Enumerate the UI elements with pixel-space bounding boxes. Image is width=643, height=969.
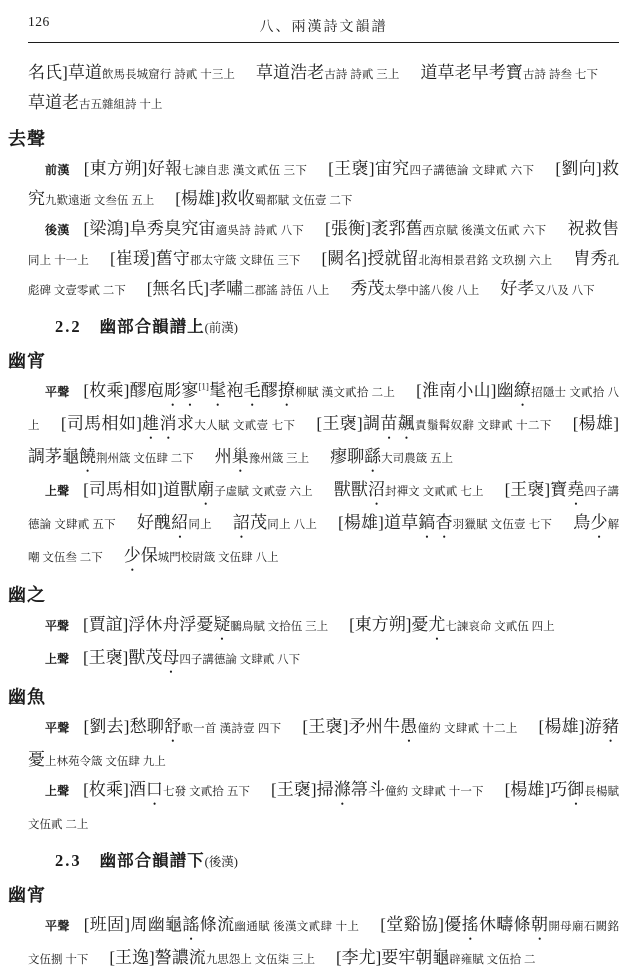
source-citation: 封禪文 文貳貳 七上 bbox=[385, 486, 484, 498]
rhyme-word-run-dotted: 謷譨 bbox=[155, 948, 189, 967]
rhyme-word-run: [司馬相如]道獸 bbox=[83, 480, 197, 499]
heading-number: 2.3 bbox=[55, 851, 82, 870]
source-citation: 適吳詩 詩貳 八下 bbox=[216, 225, 304, 237]
rhyme-word-run: 祝救售 bbox=[567, 219, 619, 238]
source-citation: 幽通賦 後漢文貳肆 十上 bbox=[234, 921, 359, 933]
source-citation: 歌一首 漢詩壹 四下 bbox=[181, 723, 281, 735]
source-citation: 九思怨上 文伍柒 三上 bbox=[206, 954, 315, 966]
entry-paragraph: 名氏]草道飲馬長城窟行 詩貳 十三上草道浩老古詩 詩貳 三上道草老早考寶古詩 詩… bbox=[28, 59, 619, 119]
rhyme-word-run: [梁鴻]阜秀臭究宙 bbox=[83, 219, 215, 238]
source-citation: 七諫自悲 漢文貳伍 三下 bbox=[182, 165, 307, 177]
source-citation: 大人賦 文貳壹 七下 bbox=[194, 420, 295, 432]
source-citation: 責鬚髯奴辭 文肆貳 十二下 bbox=[415, 420, 552, 432]
source-citation: 二郡謠 詩伍 八上 bbox=[243, 285, 329, 297]
entry-paragraph: 平聲[枚乘]醪庖彫寥[1]髦袍毛醪撩柳賦 漢文貳拾 二上[淮南小山]幽繚招隱士 … bbox=[28, 377, 619, 476]
rhyme-word-run-dotted: 饒 bbox=[79, 447, 96, 466]
rhyme-word-run: 瘳聊 bbox=[330, 447, 364, 466]
rhyme-word-run-dotted: 鎬杳 bbox=[418, 513, 452, 532]
content: 名氏]草道飲馬長城窟行 詩貳 十三上草道浩老古詩 詩貳 三上道草老早考寶古詩 詩… bbox=[28, 59, 619, 969]
source-citation: 四子講德論 文肆貳 六下 bbox=[410, 165, 535, 177]
rhyme-word-run: [王襃]寶 bbox=[505, 480, 568, 499]
heading-era-note: (前漢) bbox=[205, 321, 238, 335]
rhyme-word-run: 草道浩老 bbox=[256, 63, 324, 82]
source-citation: 子虛賦 文貳壹 六上 bbox=[214, 486, 313, 498]
rhyme-word-run-dotted: 趡消 bbox=[142, 414, 177, 433]
source-citation: 僮約 文肆貳 十二上 bbox=[418, 723, 518, 735]
source-citation: 古詩 詩貳 三上 bbox=[324, 69, 399, 81]
entry-paragraph: 上聲[司馬相如]道獸廟子虛賦 文貳壹 六上獸獸沼封禪文 文貳貳 七上[王襃]寶堯… bbox=[28, 476, 619, 575]
rhyme-word-run: 道草老早考寶 bbox=[420, 63, 522, 82]
rhyme-word-run: [淮南小山]幽 bbox=[416, 381, 514, 400]
heading-number: 2.2 bbox=[55, 317, 82, 336]
rhyme-word-run-dotted: 髦 bbox=[209, 381, 226, 400]
source-citation: 四子講德論 文肆貳 八下 bbox=[179, 654, 300, 666]
rhyme-group-heading: 幽之 bbox=[8, 582, 619, 608]
rhyme-word-run: 胄秀 bbox=[573, 249, 607, 268]
tone-era-label: 平聲 bbox=[45, 619, 69, 633]
heading-era-note: (後漢) bbox=[205, 855, 238, 869]
tone-era-label: 後漢 bbox=[45, 223, 69, 237]
rhyme-word-run: 好醜 bbox=[137, 513, 172, 532]
entry-paragraph: 上聲[枚乘]酒口七發 文貳拾 五下[王襃]掃滌箒斗僮約 文肆貳 十一下[楊雄]巧… bbox=[28, 776, 619, 839]
rhyme-word-run: [賈誼]浮休舟浮憂 bbox=[83, 615, 213, 634]
tone-era-label: 前漢 bbox=[45, 163, 70, 177]
rhyme-word-run-dotted: 母 bbox=[162, 648, 179, 667]
rhyme-word-run: [東方朔]憂 bbox=[349, 615, 428, 634]
rhyme-word-run: [王逸] bbox=[109, 948, 154, 967]
rhyme-word-run-dotted: 愚 bbox=[400, 717, 417, 736]
source-citation: 上林苑令箴 文伍肆 九上 bbox=[45, 756, 166, 768]
rhyme-word-run-dotted: 繇 bbox=[364, 447, 381, 466]
header-rule bbox=[28, 42, 619, 43]
source-citation: 城門校尉箴 文伍肆 八上 bbox=[158, 552, 279, 564]
rhyme-word-run: 求 bbox=[177, 414, 194, 433]
source-citation: 飲馬長城窟行 詩貳 十三上 bbox=[102, 69, 235, 81]
rhyme-word-run: [無名氏]孝嘯 bbox=[147, 279, 243, 298]
rhyme-word-run-dotted: 御 bbox=[567, 780, 584, 799]
rhyme-word-run-dotted: 謠 bbox=[182, 915, 199, 934]
rhyme-word-run: 保 bbox=[141, 546, 158, 565]
rhyme-word-run: [崔瑗]舊守 bbox=[110, 249, 190, 268]
rhyme-word-run-dotted: 搖 bbox=[462, 915, 479, 934]
source-citation: 九歎遠逝 文叁伍 五上 bbox=[45, 195, 154, 207]
source-citation: 柳賦 漢文貳拾 二上 bbox=[295, 387, 395, 399]
source-citation: 同上 八上 bbox=[267, 519, 317, 531]
rhyme-word-run: 憂 bbox=[28, 750, 45, 769]
rhyme-word-run: [王襃]掃 bbox=[271, 780, 334, 799]
book-page: 126 八、兩漢詩文韻譜 名氏]草道飲馬長城窟行 詩貳 十三上草道浩老古詩 詩貳… bbox=[0, 0, 643, 969]
rhyme-word-run: 好孝 bbox=[500, 279, 534, 298]
source-citation: 郡太守箴 文肆伍 三下 bbox=[190, 255, 300, 267]
rhyme-group-heading: 幽宵 bbox=[8, 882, 619, 908]
source-citation: 辟雍賦 文伍拾 二 bbox=[449, 954, 535, 966]
rhyme-word-run: [楊雄]道草 bbox=[338, 513, 418, 532]
rhyme-word-run-dotted: 朝 bbox=[415, 948, 432, 967]
source-citation: 七發 文貳拾 五下 bbox=[163, 786, 250, 798]
rhyme-word-run-dotted: 廟 bbox=[197, 480, 214, 499]
rhyme-group-heading: 去聲 bbox=[8, 126, 619, 152]
rhyme-word-run-dotted: 堯 bbox=[567, 480, 584, 499]
rhyme-word-run: 醪 bbox=[261, 381, 278, 400]
rhyme-word-run-dotted: 朝 bbox=[531, 915, 548, 934]
rhyme-word-run: [張衡]袤郛舊 bbox=[325, 219, 423, 238]
source-citation: 古五雜組詩 十上 bbox=[79, 99, 162, 111]
rhyme-word-run-dotted: 少 bbox=[124, 546, 141, 565]
rhyme-word-run-dotted: 巢 bbox=[232, 447, 249, 466]
source-citation: 僮約 文肆貳 十一下 bbox=[385, 786, 484, 798]
rhyme-word-run: [枚乘]醪庖 bbox=[83, 381, 164, 400]
rhyme-word-run: [王襃]宙究 bbox=[328, 159, 409, 178]
source-citation: 大司農箴 五上 bbox=[381, 453, 453, 465]
source-citation: 西京賦 後漢文伍貳 六下 bbox=[423, 225, 546, 237]
tone-era-label: 平聲 bbox=[45, 919, 70, 933]
source-citation: 又八及 八下 bbox=[534, 285, 594, 297]
tone-era-label: 平聲 bbox=[45, 721, 69, 735]
rhyme-word-run: 草道老 bbox=[28, 93, 79, 112]
rhyme-word-run: [枚乘]酒 bbox=[83, 780, 146, 799]
tone-era-label: 上聲 bbox=[45, 784, 69, 798]
source-citation: 荆州箴 文伍肆 二下 bbox=[96, 453, 194, 465]
rhyme-word-run: 名氏]草道 bbox=[28, 63, 102, 82]
rhyme-word-run: 龜 bbox=[432, 948, 449, 967]
rhyme-word-run: 袍 bbox=[226, 381, 243, 400]
rhyme-word-run-dotted: 口 bbox=[146, 780, 163, 799]
rhyme-group-heading: 幽宵 bbox=[8, 348, 619, 374]
rhyme-word-run: [李尤] bbox=[336, 948, 381, 967]
page-header: 126 八、兩漢詩文韻譜 bbox=[28, 12, 619, 38]
tone-era-label: 上聲 bbox=[45, 652, 69, 666]
source-citation: 羽獵賦 文伍壹 七下 bbox=[453, 519, 552, 531]
rhyme-word-run: [楊雄]救收 bbox=[175, 189, 254, 208]
rhyme-word-run-dotted: 毛 bbox=[244, 381, 261, 400]
rhyme-word-run: 流 bbox=[189, 948, 206, 967]
rhyme-word-run: 箒斗 bbox=[351, 780, 385, 799]
rhyme-word-run: [王襃]調 bbox=[316, 414, 380, 433]
entry-paragraph: 上聲[王襃]獸茂母四子講德論 文肆貳 八下 bbox=[28, 644, 619, 677]
rhyme-word-run-dotted: 苗飆 bbox=[380, 414, 415, 433]
rhyme-word-run: [王襃]矛州牛 bbox=[302, 717, 400, 736]
rhyme-word-run-dotted: 豬 bbox=[602, 717, 619, 736]
tone-era-label: 上聲 bbox=[45, 484, 69, 498]
rhyme-word-run-dotted: 少 bbox=[590, 513, 607, 532]
rhyme-word-run: [班固]周幽龜 bbox=[84, 915, 183, 934]
rhyme-word-run: 牢 bbox=[398, 948, 415, 967]
rhyme-word-run: [劉去]愁聊 bbox=[83, 717, 164, 736]
rhyme-word-run-dotted: 撩 bbox=[278, 381, 295, 400]
numbered-section-heading: 2.2幽部合韻譜上(前漢) bbox=[55, 315, 619, 340]
rhyme-word-run: [東方朔]好報 bbox=[84, 159, 183, 178]
source-citation: 蜀都賦 文伍壹 二下 bbox=[255, 195, 353, 207]
rhyme-word-run-dotted: 繚 bbox=[514, 381, 531, 400]
rhyme-word-run-dotted: 彫寥 bbox=[164, 381, 198, 400]
heading-title: 幽部合韻譜上 bbox=[100, 317, 205, 336]
entry-paragraph: 後漢[梁鴻]阜秀臭究宙適吳詩 詩貳 八下[張衡]袤郛舊西京賦 後漢文伍貳 六下祝… bbox=[28, 215, 619, 305]
source-citation: 同上 bbox=[188, 519, 211, 531]
rhyme-group-heading: 幽魚 bbox=[8, 684, 619, 710]
rhyme-word-run: 秀茂 bbox=[350, 279, 384, 298]
rhyme-word-run: 鳥 bbox=[573, 513, 590, 532]
rhyme-word-run: [楊雄]游 bbox=[539, 717, 602, 736]
source-citation: 北海相景君銘 文玖捌 六上 bbox=[419, 255, 553, 267]
source-citation: 鵩鳥賦 文拾伍 三上 bbox=[230, 621, 328, 633]
source-citation: 七諫哀命 文貳伍 四上 bbox=[445, 621, 554, 633]
rhyme-word-run-dotted: 尤 bbox=[428, 615, 445, 634]
rhyme-word-run: [司馬相如] bbox=[61, 414, 142, 433]
entry-paragraph: 前漢[東方朔]好報七諫自悲 漢文貳伍 三下[王襃]宙究四子講德論 文肆貳 六下[… bbox=[28, 155, 619, 215]
rhyme-word-run-dotted: 紹 bbox=[171, 513, 188, 532]
entry-paragraph: 平聲[賈誼]浮休舟浮憂疑鵩鳥賦 文拾伍 三上[東方朔]憂尤七諫哀命 文貳伍 四上 bbox=[28, 611, 619, 644]
entry-paragraph: 平聲[班固]周幽龜謠條流幽通賦 後漢文貳肆 十上[堂谿協]優搖休疇條朝開母廟石闕… bbox=[28, 911, 619, 969]
rhyme-word-run: [楊雄]巧 bbox=[505, 780, 568, 799]
rhyme-word-run: 獸獸 bbox=[334, 480, 368, 499]
footnote-ref: [1] bbox=[198, 381, 209, 391]
heading-title: 幽部合韻譜下 bbox=[100, 851, 205, 870]
source-citation: 豫州箴 三上 bbox=[249, 453, 309, 465]
rhyme-word-run-dotted: 舒 bbox=[164, 717, 181, 736]
entry-paragraph: 平聲[劉去]愁聊舒歌一首 漢詩壹 四下[王襃]矛州牛愚僮約 文肆貳 十二上[楊雄… bbox=[28, 713, 619, 776]
tone-era-label: 平聲 bbox=[45, 385, 69, 399]
rhyme-word-run: 條流 bbox=[200, 915, 235, 934]
rhyme-word-run-dotted: 要 bbox=[381, 948, 398, 967]
rhyme-word-run: [堂谿協]優 bbox=[380, 915, 461, 934]
source-citation: 古詩 詩叁 七下 bbox=[523, 69, 598, 81]
source-citation: 同上 十一上 bbox=[28, 255, 89, 267]
rhyme-word-run: 休疇條 bbox=[479, 915, 531, 934]
rhyme-word-run-dotted: 詔 bbox=[233, 513, 250, 532]
rhyme-word-run: [闕名]授就留 bbox=[321, 249, 418, 268]
source-citation: 太學中謠八俊 八上 bbox=[384, 285, 479, 297]
rhyme-word-run: 州 bbox=[215, 447, 232, 466]
numbered-section-heading: 2.3幽部合韻譜下(後漢) bbox=[55, 849, 619, 874]
rhyme-word-run: [王襃]獸茂 bbox=[83, 648, 162, 667]
rhyme-word-run: 茂 bbox=[250, 513, 267, 532]
rhyme-word-run-dotted: 沼 bbox=[368, 480, 385, 499]
rhyme-word-run-dotted: 滌 bbox=[334, 780, 351, 799]
rhyme-word-run-dotted: 疑 bbox=[213, 615, 230, 634]
running-title: 八、兩漢詩文韻譜 bbox=[28, 16, 619, 36]
